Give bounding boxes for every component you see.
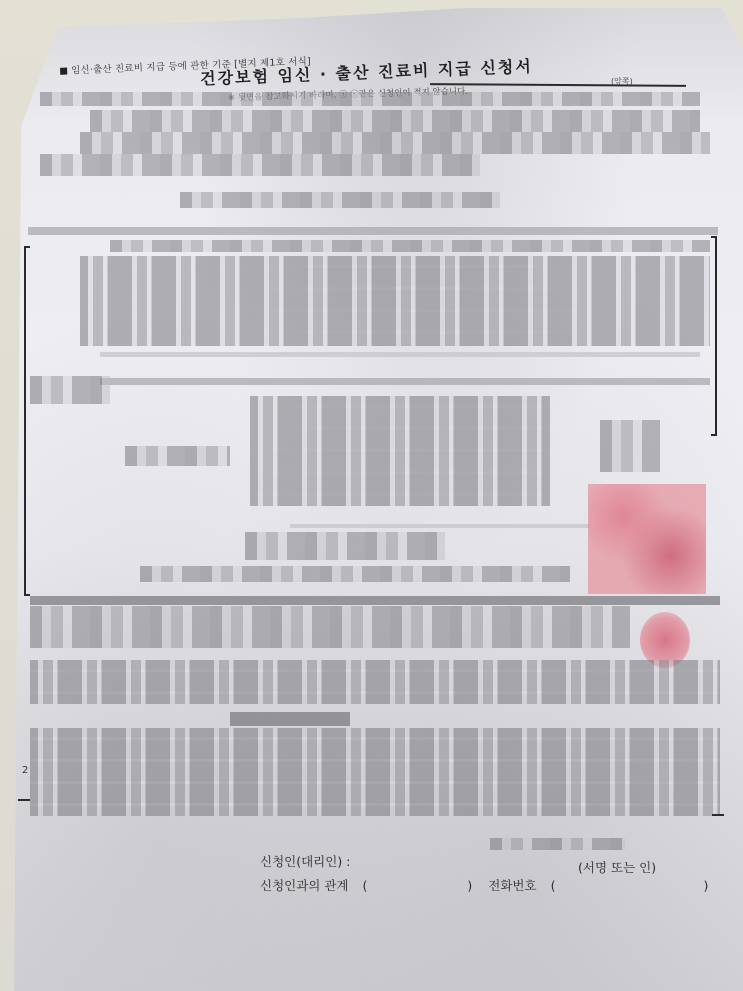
redacted-paragraph-1 [30, 660, 720, 704]
phone-label: 전화번호 [488, 878, 536, 893]
redacted-applicant-row-4 [40, 154, 480, 176]
section-divider-5 [30, 596, 720, 605]
sign-or-seal-label: (서명 또는 인) [578, 858, 656, 876]
applicant-label: 신청인(대리인) : [260, 852, 350, 870]
redacted-confirmation-label [125, 446, 230, 466]
margin-number-2: 2 [22, 765, 28, 776]
redacted-application-date [490, 838, 625, 850]
section-divider-4 [290, 524, 590, 528]
square-bullet-icon [60, 68, 67, 75]
institution-seal-stamp [588, 484, 706, 594]
section-divider-1 [28, 227, 718, 235]
redacted-account-row [30, 606, 630, 648]
section-divider-2 [100, 352, 700, 357]
section-divider-3 [100, 378, 710, 385]
redacted-applicant-row-2 [90, 110, 700, 132]
phone-paren-close: ) [703, 878, 708, 893]
redacted-heading [230, 712, 350, 726]
redacted-confirmation-details [250, 396, 550, 506]
redacted-institution-rows [80, 256, 710, 346]
redacted-doctor-row [140, 566, 570, 582]
relationship-label: 신청인과의 관계 [260, 878, 349, 893]
photo-background: 임신·출산 진료비 지급 등에 관한 기준 [별지 제1호 서식] 건강보험 임… [0, 0, 743, 991]
redacted-row-label [30, 376, 110, 404]
redacted-applicant-row-1 [40, 92, 700, 106]
redacted-right-col [600, 420, 660, 472]
redacted-applicant-row-5 [180, 192, 500, 208]
relationship-paren-open: ( [363, 878, 368, 893]
table-border-right [711, 236, 717, 436]
table-border-left [24, 246, 30, 596]
margin-tick-left [18, 799, 30, 801]
redacted-institution-name [245, 532, 445, 560]
relationship-row: 신청인과의 관계()전화번호() [260, 876, 708, 894]
relationship-paren-close: ) [467, 878, 472, 893]
redacted-paragraph-2 [30, 728, 720, 816]
phone-paren-open: ( [551, 878, 556, 893]
margin-tick-right [712, 814, 724, 816]
redacted-applicant-row-3 [80, 132, 710, 154]
redacted-section-header [110, 240, 710, 252]
